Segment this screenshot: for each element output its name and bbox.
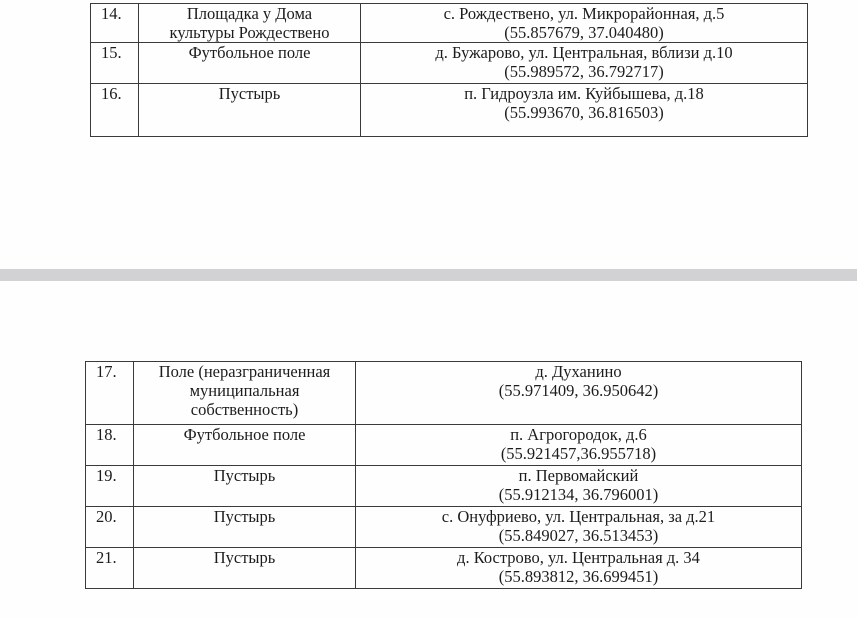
site-name-line: Пустырь: [138, 466, 351, 485]
table-row: 16. Пустырь п. Гидроузла им. Куйбышева, …: [91, 84, 808, 137]
table-row: 15. Футбольное поле д. Бужарово, ул. Цен…: [91, 43, 808, 84]
row-number: 21.: [86, 548, 134, 589]
row-number: 19.: [86, 466, 134, 507]
site-address: п. Гидроузла им. Куйбышева, д.18: [365, 84, 803, 103]
site-coordinates: (55.893812, 36.699451): [360, 567, 797, 586]
site-coordinates: (55.857679, 37.040480): [365, 23, 803, 42]
site-name-line: Пустырь: [143, 84, 356, 103]
row-number: 16.: [91, 84, 139, 137]
row-number: 14.: [91, 4, 139, 43]
row-number: 15.: [91, 43, 139, 84]
locations-table-top: 14. Площадка у Дома культуры Рождествено…: [90, 3, 808, 137]
site-location: с. Онуфриево, ул. Центральная, за д.21 (…: [356, 507, 802, 548]
table-row: 17. Поле (неразграниченная муниципальная…: [86, 362, 802, 425]
table-row: 14. Площадка у Дома культуры Рождествено…: [91, 4, 808, 43]
page-separator: [0, 269, 857, 281]
site-name-line: культуры Рождествено: [143, 23, 356, 42]
site-name-line: Площадка у Дома: [143, 4, 356, 23]
row-number: 18.: [86, 425, 134, 466]
site-coordinates: (55.912134, 36.796001): [360, 485, 797, 504]
site-location: с. Рождествено, ул. Микрорайонная, д.5 (…: [361, 4, 808, 43]
site-address: п. Агрогородок, д.6: [360, 425, 797, 444]
locations-table-bottom: 17. Поле (неразграниченная муниципальная…: [85, 361, 802, 589]
site-name-line: Пустырь: [138, 548, 351, 567]
site-location: д. Бужарово, ул. Центральная, вблизи д.1…: [361, 43, 808, 84]
site-name: Футбольное поле: [134, 425, 356, 466]
site-name: Пустырь: [134, 466, 356, 507]
document-page-top: 14. Площадка у Дома культуры Рождествено…: [0, 0, 857, 269]
site-location: п. Агрогородок, д.6 (55.921457,36.955718…: [356, 425, 802, 466]
site-coordinates: (55.971409, 36.950642): [360, 381, 797, 400]
site-coordinates: (55.849027, 36.513453): [360, 526, 797, 545]
table-row: 18. Футбольное поле п. Агрогородок, д.6 …: [86, 425, 802, 466]
site-name-line: Футбольное поле: [138, 425, 351, 444]
site-coordinates: (55.993670, 36.816503): [365, 103, 803, 122]
site-location: п. Гидроузла им. Куйбышева, д.18 (55.993…: [361, 84, 808, 137]
site-location: п. Первомайский (55.912134, 36.796001): [356, 466, 802, 507]
site-address: с. Онуфриево, ул. Центральная, за д.21: [360, 507, 797, 526]
site-name: Пустырь: [139, 84, 361, 137]
table-row: 21. Пустырь д. Кострово, ул. Центральная…: [86, 548, 802, 589]
table-row: 20. Пустырь с. Онуфриево, ул. Центральна…: [86, 507, 802, 548]
site-coordinates: (55.921457,36.955718): [360, 444, 797, 463]
site-name: Футбольное поле: [139, 43, 361, 84]
site-address: с. Рождествено, ул. Микрорайонная, д.5: [365, 4, 803, 23]
site-location: д. Духанино (55.971409, 36.950642): [356, 362, 802, 425]
site-coordinates: (55.989572, 36.792717): [365, 62, 803, 81]
table-row: 19. Пустырь п. Первомайский (55.912134, …: [86, 466, 802, 507]
site-name: Пустырь: [134, 507, 356, 548]
site-address: п. Первомайский: [360, 466, 797, 485]
site-name: Поле (неразграниченная муниципальная соб…: [134, 362, 356, 425]
site-name: Пустырь: [134, 548, 356, 589]
site-name-line: муниципальная: [138, 381, 351, 400]
site-name-line: Футбольное поле: [143, 43, 356, 62]
site-address: д. Бужарово, ул. Центральная, вблизи д.1…: [365, 43, 803, 62]
site-location: д. Кострово, ул. Центральная д. 34 (55.8…: [356, 548, 802, 589]
row-number: 20.: [86, 507, 134, 548]
site-name-line: собственность): [138, 400, 351, 419]
site-name-line: Поле (неразграниченная: [138, 362, 351, 381]
site-name-line: Пустырь: [138, 507, 351, 526]
row-number: 17.: [86, 362, 134, 425]
site-address: д. Духанино: [360, 362, 797, 381]
site-name: Площадка у Дома культуры Рождествено: [139, 4, 361, 43]
site-address: д. Кострово, ул. Центральная д. 34: [360, 548, 797, 567]
